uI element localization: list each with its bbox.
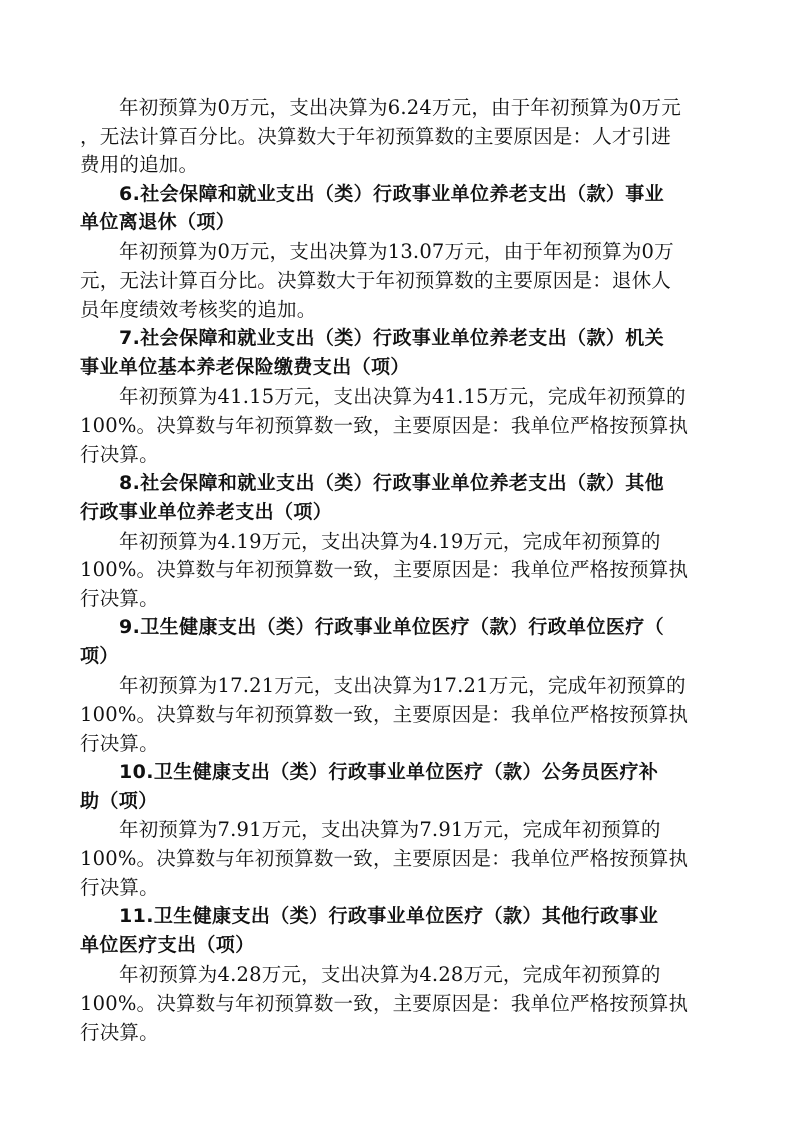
paragraph-5-line-3: 费用的追加。 bbox=[80, 150, 720, 179]
paragraph-5-line-1: 年初预算为0万元，支出决算为6.24万元，由于年初预算为0万元 bbox=[119, 93, 719, 122]
paragraph-6-line-2: 元，无法计算百分比。决算数大于年初预算数的主要原因是：退休人 bbox=[80, 266, 720, 295]
paragraph-10-line-1: 年初预算为7.91万元，支出决算为7.91万元，完成年初预算的 bbox=[119, 815, 719, 844]
heading-10-line-2: 助（项） bbox=[80, 787, 720, 816]
paragraph-7-line-2: 100%。决算数与年初预算数一致，主要原因是：我单位严格按预算执 bbox=[80, 411, 720, 440]
paragraph-8-line-3: 行决算。 bbox=[80, 584, 720, 613]
heading-10-line-1: 10.卫生健康支出（类）行政事业单位医疗（款）公务员医疗补 bbox=[119, 758, 719, 787]
heading-8-line-2: 行政事业单位养老支出（项） bbox=[80, 498, 720, 527]
document-page: 年初预算为0万元，支出决算为6.24万元，由于年初预算为0万元 ，无法计算百分比… bbox=[0, 0, 793, 1122]
heading-9-line-1: 9.卫生健康支出（类）行政事业单位医疗（款）行政单位医疗（ bbox=[119, 613, 719, 642]
paragraph-11-line-3: 行决算。 bbox=[80, 1018, 720, 1047]
paragraph-6-line-3: 员年度绩效考核奖的追加。 bbox=[80, 295, 720, 324]
paragraph-11-line-2: 100%。决算数与年初预算数一致，主要原因是：我单位严格按预算执 bbox=[80, 989, 720, 1018]
paragraph-6-line-1: 年初预算为0万元，支出决算为13.07万元，由于年初预算为0万 bbox=[119, 237, 719, 266]
paragraph-5-line-2: ，无法计算百分比。决算数大于年初预算数的主要原因是：人才引进 bbox=[80, 122, 720, 151]
paragraph-9-line-2: 100%。决算数与年初预算数一致，主要原因是：我单位严格按预算执 bbox=[80, 700, 720, 729]
paragraph-8-line-1: 年初预算为4.19万元，支出决算为4.19万元，完成年初预算的 bbox=[119, 527, 719, 556]
paragraph-10-line-2: 100%。决算数与年初预算数一致，主要原因是：我单位严格按预算执 bbox=[80, 844, 720, 873]
paragraph-7-line-3: 行决算。 bbox=[80, 440, 720, 469]
heading-6-line-2: 单位离退休（项） bbox=[80, 208, 720, 237]
paragraph-10-line-3: 行决算。 bbox=[80, 873, 720, 902]
heading-7-line-1: 7.社会保障和就业支出（类）行政事业单位养老支出（款）机关 bbox=[119, 324, 719, 353]
paragraph-9-line-3: 行决算。 bbox=[80, 729, 720, 758]
paragraph-7-line-1: 年初预算为41.15万元，支出决算为41.15万元，完成年初预算的 bbox=[119, 382, 719, 411]
heading-6-line-1: 6.社会保障和就业支出（类）行政事业单位养老支出（款）事业 bbox=[119, 180, 719, 209]
heading-11-line-1: 11.卫生健康支出（类）行政事业单位医疗（款）其他行政事业 bbox=[119, 902, 719, 931]
heading-11-line-2: 单位医疗支出（项） bbox=[80, 931, 720, 960]
paragraph-11-line-1: 年初预算为4.28万元，支出决算为4.28万元，完成年初预算的 bbox=[119, 960, 719, 989]
heading-9-line-2: 项） bbox=[80, 642, 720, 671]
paragraph-9-line-1: 年初预算为17.21万元，支出决算为17.21万元，完成年初预算的 bbox=[119, 671, 719, 700]
heading-8-line-1: 8.社会保障和就业支出（类）行政事业单位养老支出（款）其他 bbox=[119, 469, 719, 498]
heading-7-line-2: 事业单位基本养老保险缴费支出（项） bbox=[80, 353, 720, 382]
paragraph-8-line-2: 100%。决算数与年初预算数一致，主要原因是：我单位严格按预算执 bbox=[80, 555, 720, 584]
